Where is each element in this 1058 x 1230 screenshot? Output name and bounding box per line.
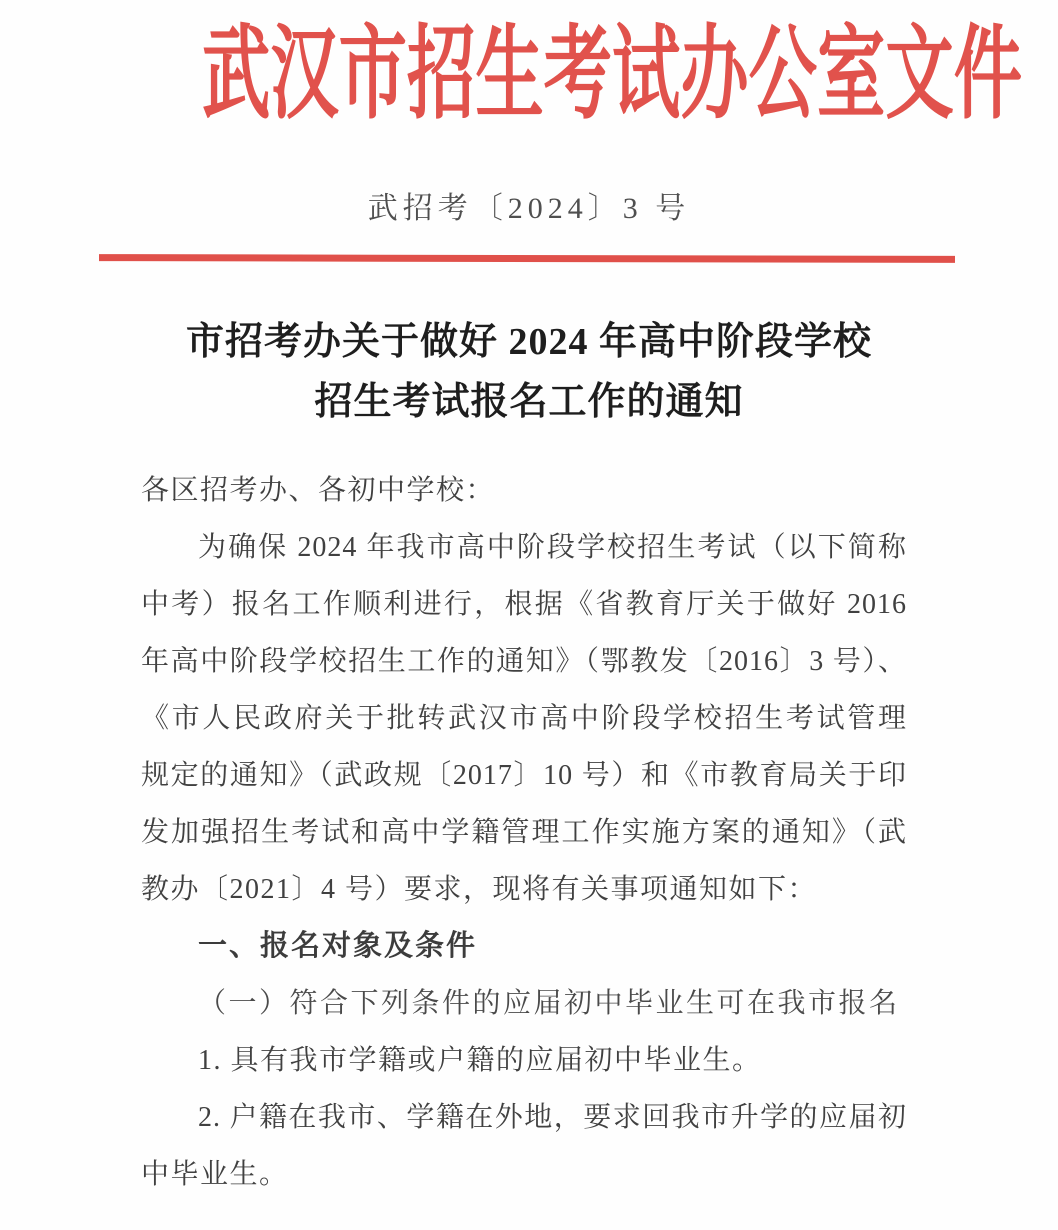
list-item-1: 1. 具有我市学籍或户籍的应届初中毕业生。	[141, 1032, 907, 1089]
document-page: 武汉市招生考试办公室文件 武招考〔2024〕3 号 市招考办关于做好 2024 …	[0, 0, 1058, 1230]
section-heading: 一、报名对象及条件	[141, 918, 907, 975]
salutation: 各区招考办、各初中学校：	[141, 462, 907, 519]
paragraph-line: 发加强招生考试和高中学籍管理工作实施方案的通知》（武	[141, 804, 907, 861]
paragraph-line: 教办〔2021〕4 号）要求，现将有关事项通知如下：	[141, 861, 907, 918]
document-number: 武招考〔2024〕3 号	[0, 183, 1058, 227]
paragraph-line: 年高中阶段学校招生工作的通知》（鄂教发〔2016〕3 号）、	[141, 633, 907, 690]
red-divider-line	[99, 254, 955, 263]
paragraph-line: 为确保 2024 年我市高中阶段学校招生考试（以下简称	[141, 519, 907, 576]
notice-body: 各区招考办、各初中学校： 为确保 2024 年我市高中阶段学校招生考试（以下简称…	[141, 462, 907, 1203]
paragraph-line: 中考）报名工作顺利进行，根据《省教育厅关于做好 2016	[141, 576, 907, 633]
list-item-2: 2. 户籍在我市、学籍在外地，要求回我市升学的应届初	[141, 1089, 907, 1146]
notice-title-line2: 招生考试报名工作的通知	[0, 372, 1058, 432]
list-item-2-continuation: 中毕业生。	[141, 1146, 907, 1203]
subsection-heading: （一）符合下列条件的应届初中毕业生可在我市报名	[141, 975, 907, 1032]
notice-title: 市招考办关于做好 2024 年高中阶段学校 招生考试报名工作的通知	[0, 312, 1058, 432]
letterhead-title: 武汉市招生考试办公室文件	[0, 18, 1058, 163]
letterhead-title-text: 武汉市招生考试办公室文件	[202, 18, 1022, 134]
notice-title-line1: 市招考办关于做好 2024 年高中阶段学校	[0, 312, 1058, 372]
paragraph-line: 规定的通知》（武政规〔2017〕10 号）和《市教育局关于印	[141, 747, 907, 804]
paragraph-line: 《市人民政府关于批转武汉市高中阶段学校招生考试管理	[141, 690, 907, 747]
